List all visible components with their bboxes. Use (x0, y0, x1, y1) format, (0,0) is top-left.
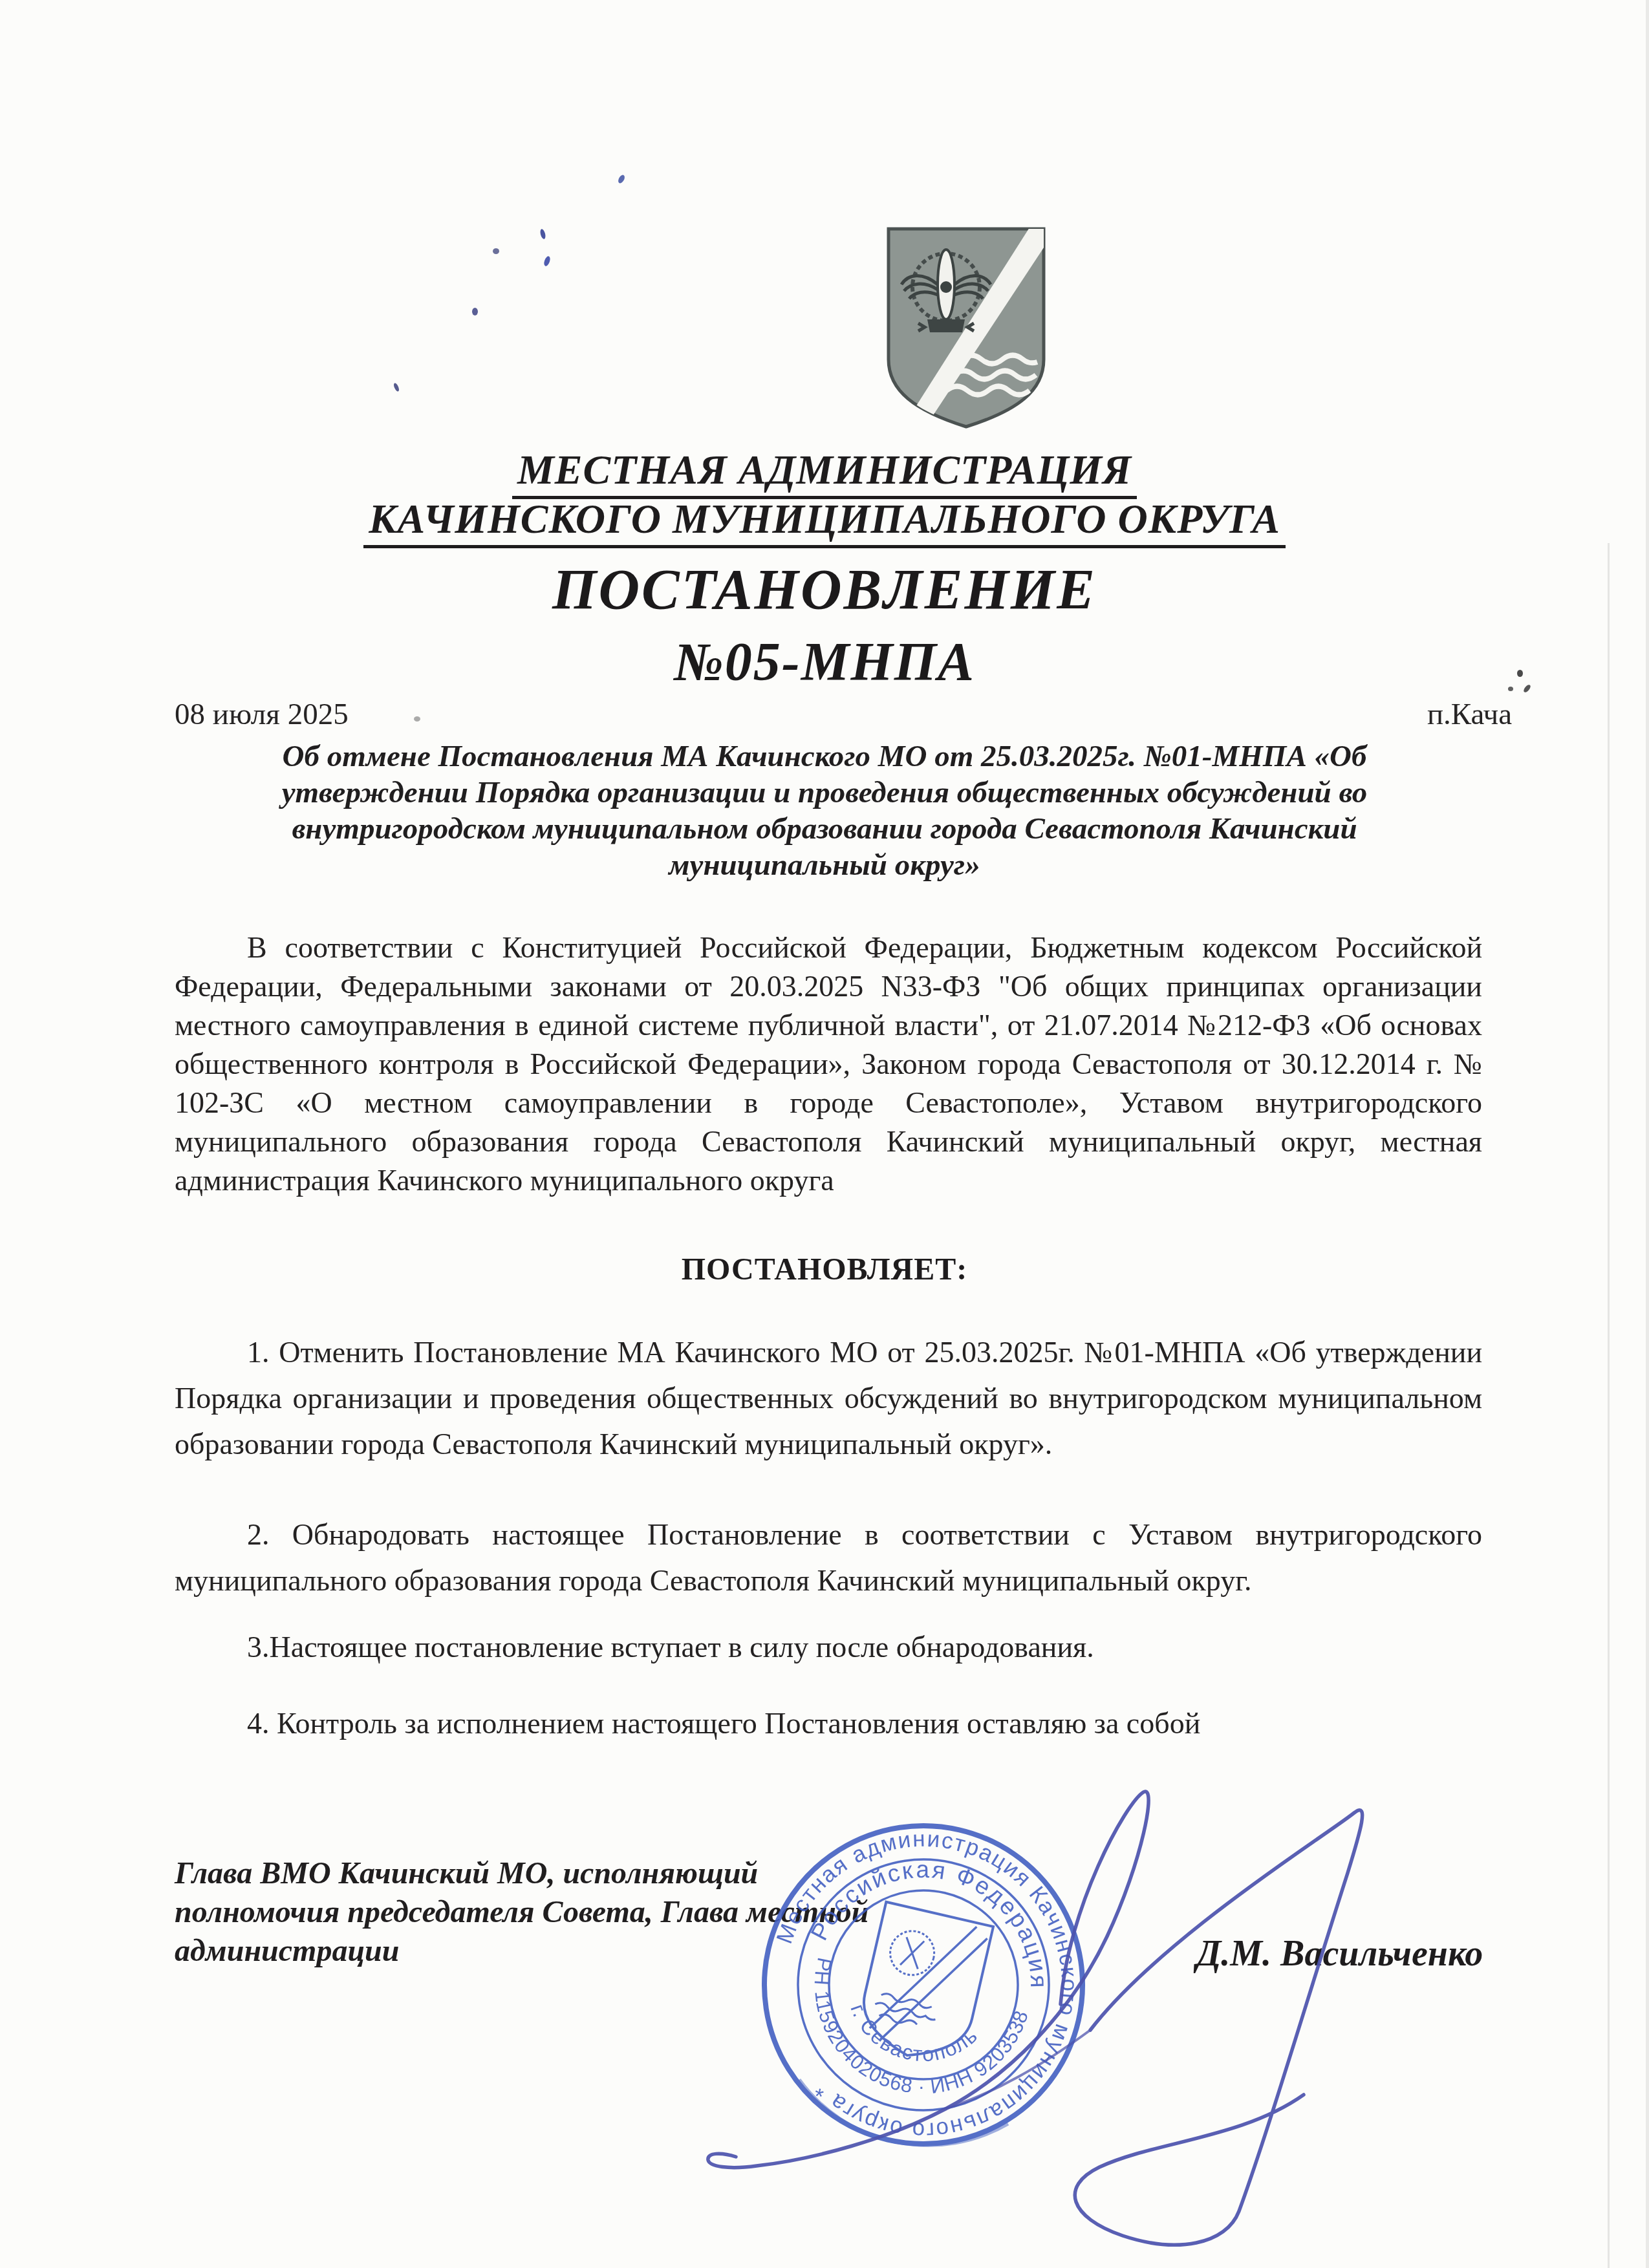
scanned-resolution-page: МЕСТНАЯ АДМИНИСТРАЦИЯ КАЧИНСКОГО МУНИЦИП… (0, 0, 1649, 2268)
handwritten-signature (0, 0, 1649, 2268)
